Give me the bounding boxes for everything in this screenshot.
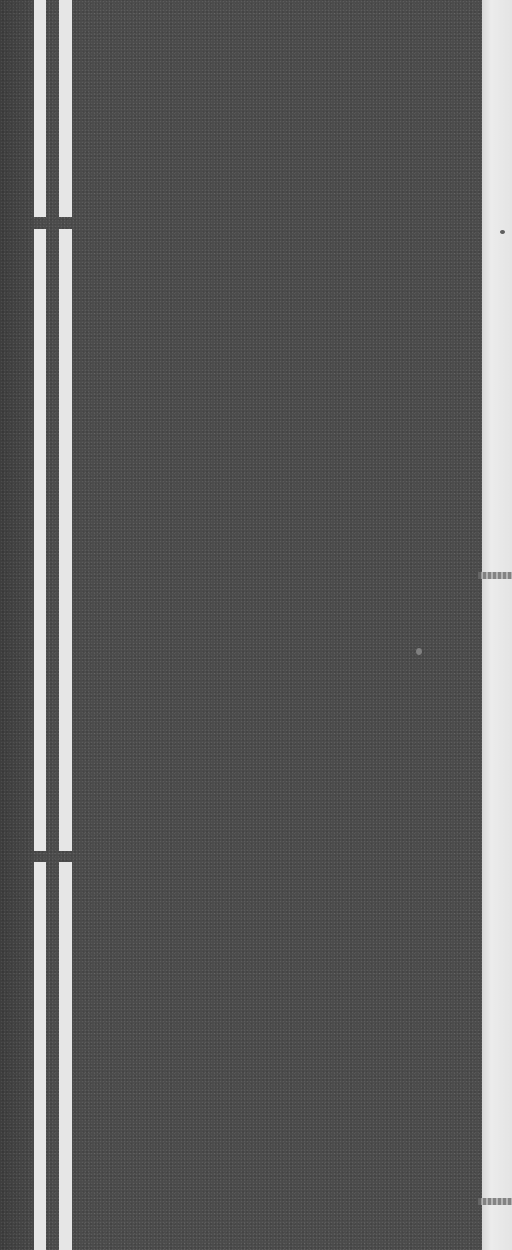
concrete-curb — [482, 0, 512, 1250]
curb-joint — [478, 1198, 512, 1205]
road-scene — [0, 0, 512, 1250]
lane-line-right-segment — [59, 862, 72, 1250]
curb-joint — [478, 572, 512, 579]
lane-line-right-segment — [59, 229, 72, 851]
lane-line-left-segment — [34, 229, 46, 851]
road-shoulder-shadow — [0, 0, 34, 1250]
road-stain — [416, 648, 422, 655]
lane-line-right-segment — [59, 0, 72, 217]
curb-stain — [500, 230, 505, 234]
lane-line-left-segment — [34, 862, 46, 1250]
asphalt-surface — [0, 0, 482, 1250]
lane-line-left-segment — [34, 0, 46, 217]
